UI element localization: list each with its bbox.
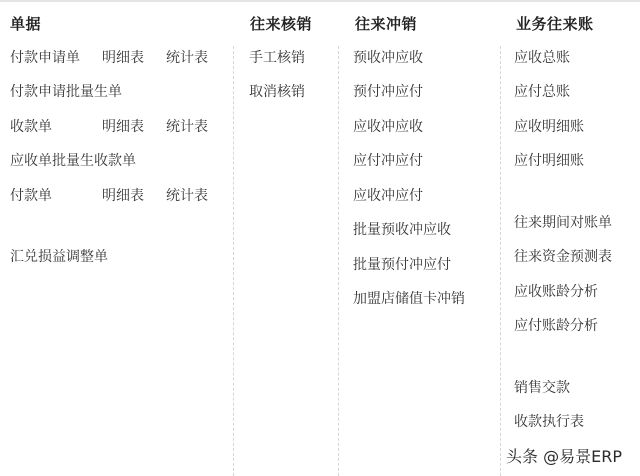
menu-item-ledger-3[interactable]: 应付明细账 [514,152,584,170]
menu-item-ledger-8[interactable]: 销售交款 [514,379,570,397]
menu-item-payment-detail[interactable]: 明细表 [102,187,144,205]
menu-item-payment-request-detail[interactable]: 明细表 [102,49,144,67]
column-divider [233,46,234,476]
menu-item-offset-5[interactable]: 批量预收冲应收 [353,221,451,239]
menu-item-receivable-batch-receipt[interactable]: 应收单批量生收款单 [10,152,136,170]
menu-item-ledger-5[interactable]: 往来资金预测表 [514,248,612,266]
menu-item-manual-verification[interactable]: 手工核销 [249,49,305,67]
top-border [0,0,640,2]
menu-item-ledger-1[interactable]: 应付总账 [514,83,570,101]
column-divider [338,46,339,476]
menu-item-ledger-0[interactable]: 应收总账 [514,49,570,67]
column-title-verification: 往来核销 [250,13,312,34]
menu-item-offset-1[interactable]: 预付冲应付 [353,83,423,101]
menu-item-ledger-4[interactable]: 往来期间对账单 [514,214,612,232]
menu-item-offset-6[interactable]: 批量预付冲应付 [353,256,451,274]
column-title-documents: 单据 [10,13,41,34]
watermark: 头条 @易景ERP [504,444,624,467]
menu-item-payment-stats[interactable]: 统计表 [166,187,208,205]
menu-item-payment[interactable]: 付款单 [10,187,52,205]
column-title-ledger: 业务往来账 [516,13,594,34]
menu-item-ledger-7[interactable]: 应付账龄分析 [514,317,598,335]
menu-item-payment-request-stats[interactable]: 统计表 [166,49,208,67]
menu-item-cancel-verification[interactable]: 取消核销 [249,83,305,101]
menu-item-offset-7[interactable]: 加盟店储值卡冲销 [353,290,465,308]
menu-item-payment-request-batch[interactable]: 付款申请批量生单 [10,83,122,101]
menu-item-fx-adjustment[interactable]: 汇兑损益调整单 [10,248,108,266]
column-title-offset: 往来冲销 [355,13,417,34]
menu-item-receipt[interactable]: 收款单 [10,118,52,136]
menu-item-offset-0[interactable]: 预收冲应收 [353,49,423,67]
menu-item-receipt-stats[interactable]: 统计表 [166,118,208,136]
column-divider [500,46,501,476]
menu-item-payment-request[interactable]: 付款申请单 [10,49,80,67]
menu-item-offset-2[interactable]: 应收冲应收 [353,118,423,136]
menu-item-ledger-9[interactable]: 收款执行表 [514,413,584,431]
menu-item-offset-3[interactable]: 应付冲应付 [353,152,423,170]
menu-item-receipt-detail[interactable]: 明细表 [102,118,144,136]
menu-item-offset-4[interactable]: 应收冲应付 [353,187,423,205]
menu-item-ledger-2[interactable]: 应收明细账 [514,118,584,136]
menu-item-ledger-6[interactable]: 应收账龄分析 [514,283,598,301]
